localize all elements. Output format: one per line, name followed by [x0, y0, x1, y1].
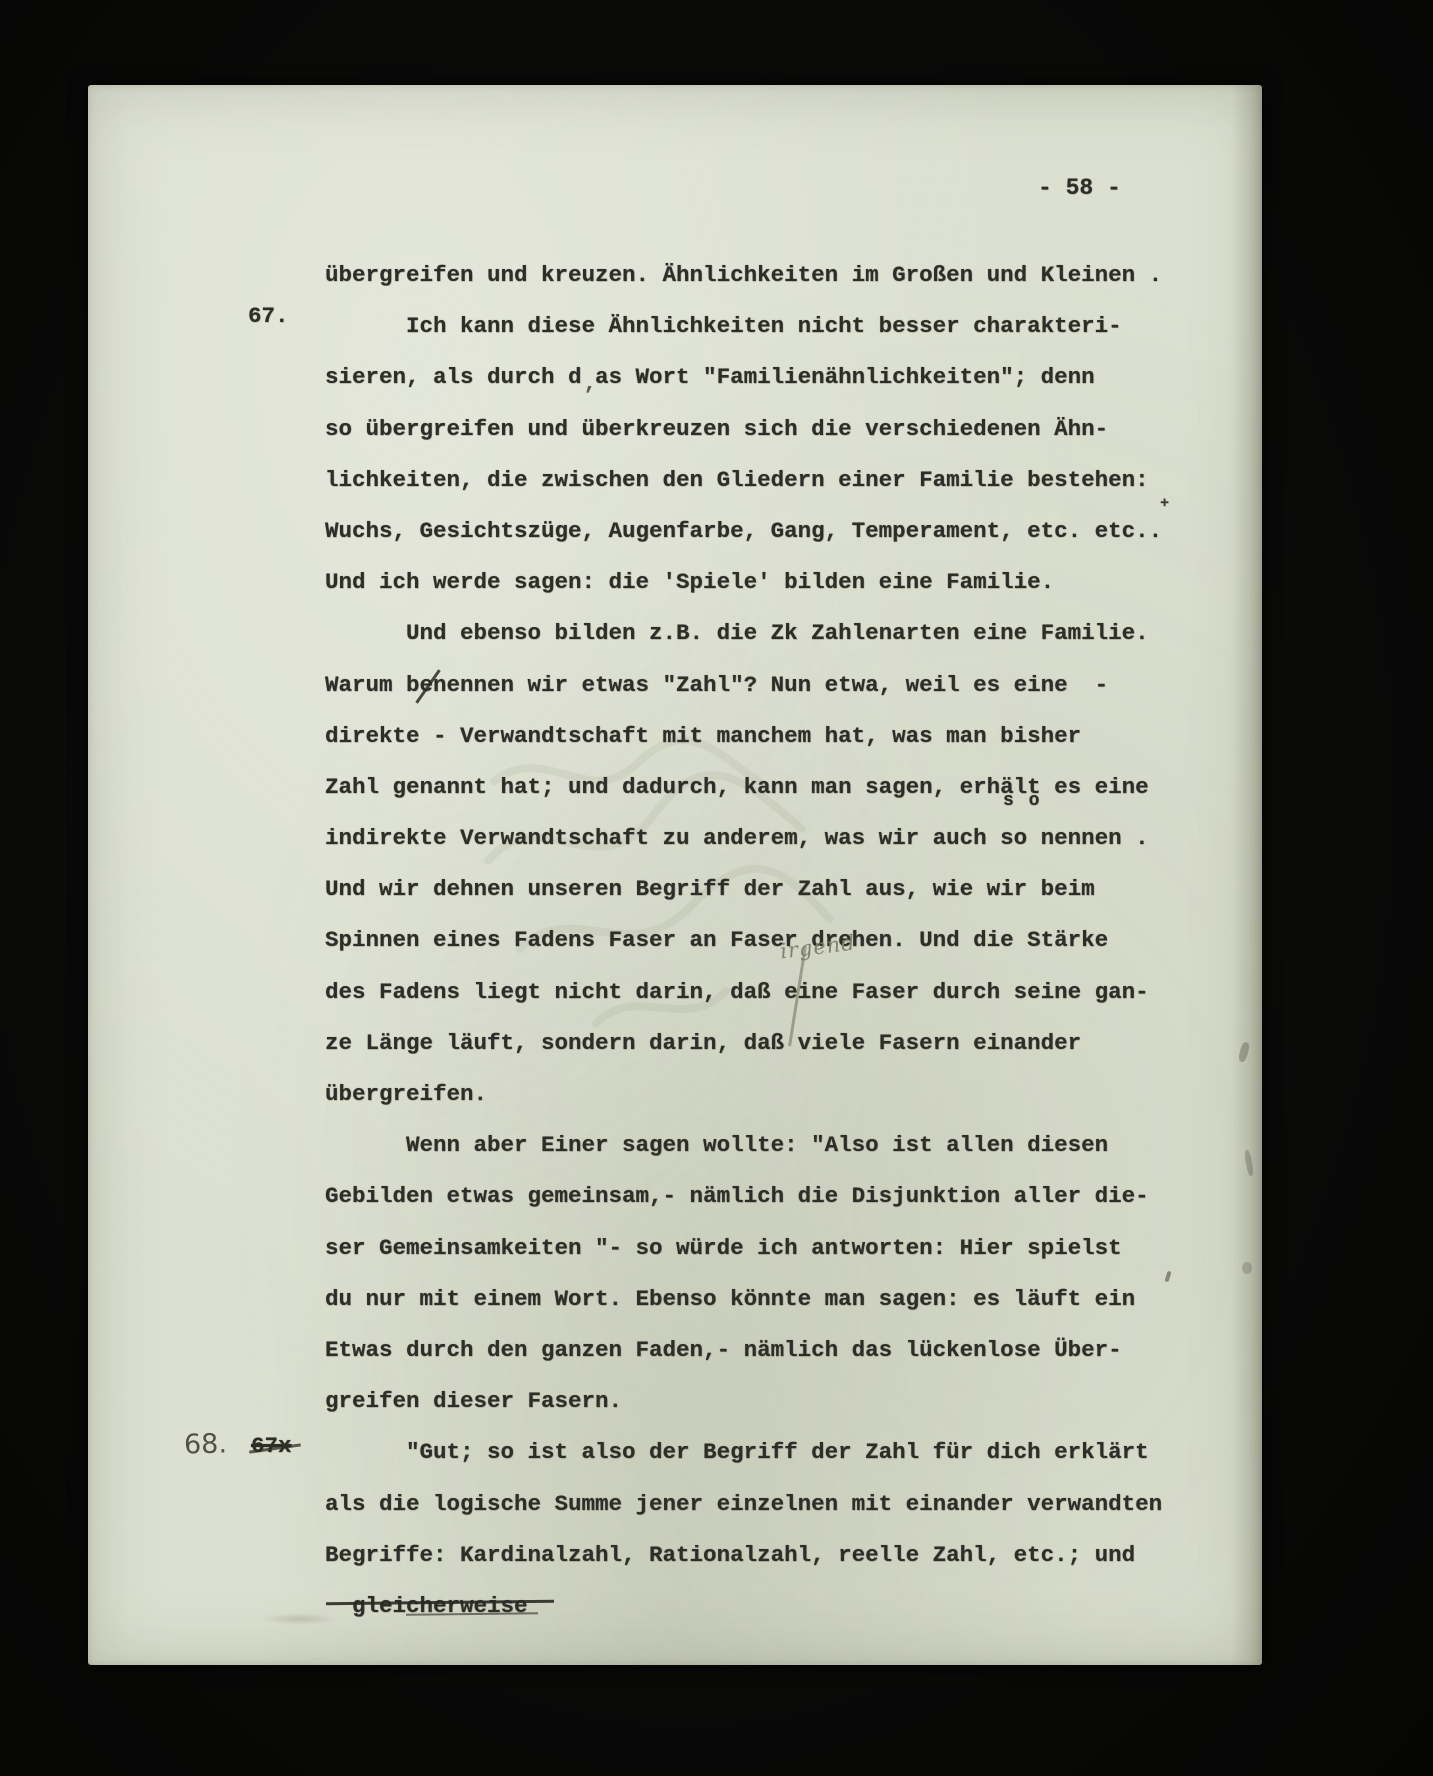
page-right-edge-shadow: [1232, 85, 1262, 1665]
typescript-line: Und ebenso bilden z.B. die Zk Zahlenarte…: [325, 608, 1225, 659]
typescript-line: greifen dieser Fasern.: [325, 1376, 1225, 1427]
typescript-line: des Fadens liegt nicht darin, daß eine F…: [325, 967, 1225, 1018]
typescript-line: "Gut; so ist also der Begriff der Zahl f…: [325, 1427, 1225, 1478]
typescript-line: sieren, als durch d as Wort "Familienähn…: [325, 352, 1225, 403]
stray-comma-mark: ,: [584, 373, 596, 396]
typescript-body: übergreifen und kreuzen. Ähnlichkeiten i…: [325, 250, 1225, 1632]
edge-blemish: [1244, 1150, 1254, 1177]
typescript-line: Gebilden etwas gemeinsam,- nämlich die D…: [325, 1171, 1225, 1222]
typescript-line: Und wir dehnen unseren Begriff der Zahl …: [325, 864, 1225, 915]
typescript-line: Etwas durch den ganzen Faden,- nämlich d…: [325, 1325, 1225, 1376]
typescript-line: Begriffe: Kardinalzahl, Rationalzahl, re…: [325, 1530, 1225, 1581]
typed-so-insertion: s o: [1003, 791, 1041, 811]
typescript-line: lichkeiten, die zwischen den Gliedern ei…: [325, 455, 1225, 506]
edge-blemish: [1242, 1262, 1252, 1274]
page-number: - 58 -: [1038, 175, 1121, 201]
edge-blemish: [1238, 1041, 1251, 1062]
typescript-line: so übergreifen und überkreuzen sich die …: [325, 404, 1225, 455]
caret-plus-mark: +: [1160, 495, 1169, 512]
photo-background: - 58 - 67. 68. 67x übergreifen und kreuz…: [0, 0, 1433, 1776]
typescript-line: übergreifen.: [325, 1069, 1225, 1120]
typescript-line: Zahl genannt hat; und dadurch, kann man …: [325, 762, 1225, 813]
typescript-line: übergreifen und kreuzen. Ähnlichkeiten i…: [325, 250, 1225, 301]
typescript-line: indirekte Verwandtschaft zu anderem, was…: [325, 813, 1225, 864]
typescript-line: ze Länge läuft, sondern darin, daß viele…: [325, 1018, 1225, 1069]
typescript-line: ser Gemeinsamkeiten "- so würde ich antw…: [325, 1223, 1225, 1274]
document-page: - 58 - 67. 68. 67x übergreifen und kreuz…: [88, 85, 1262, 1665]
typescript-line: Ich kann diese Ähnlichkeiten nicht besse…: [325, 301, 1225, 352]
typescript-line: Und ich werde sagen: die 'Spiele' bilden…: [325, 557, 1225, 608]
typescript-line: gleicherweise: [325, 1581, 1225, 1632]
typescript-line: Warum benennen wir etwas "Zahl"? Nun etw…: [325, 660, 1225, 711]
typescript-line: direkte - Verwandtschaft mit manchem hat…: [325, 711, 1225, 762]
typescript-line: Wenn aber Einer sagen wollte: "Also ist …: [325, 1120, 1225, 1171]
typescript-line: als die logische Summe jener einzelnen m…: [325, 1479, 1225, 1530]
typescript-line: Spinnen eines Fadens Faser an Faser dreh…: [325, 915, 1225, 966]
pencil-smudge: [260, 1613, 338, 1625]
typescript-line: Wuchs, Gesichtszüge, Augenfarbe, Gang, T…: [325, 506, 1225, 557]
section-number-67: 67.: [248, 303, 289, 329]
typescript-line: du nur mit einem Wort. Ebenso könnte man…: [325, 1274, 1225, 1325]
section-number-68: 68.: [184, 1428, 228, 1460]
